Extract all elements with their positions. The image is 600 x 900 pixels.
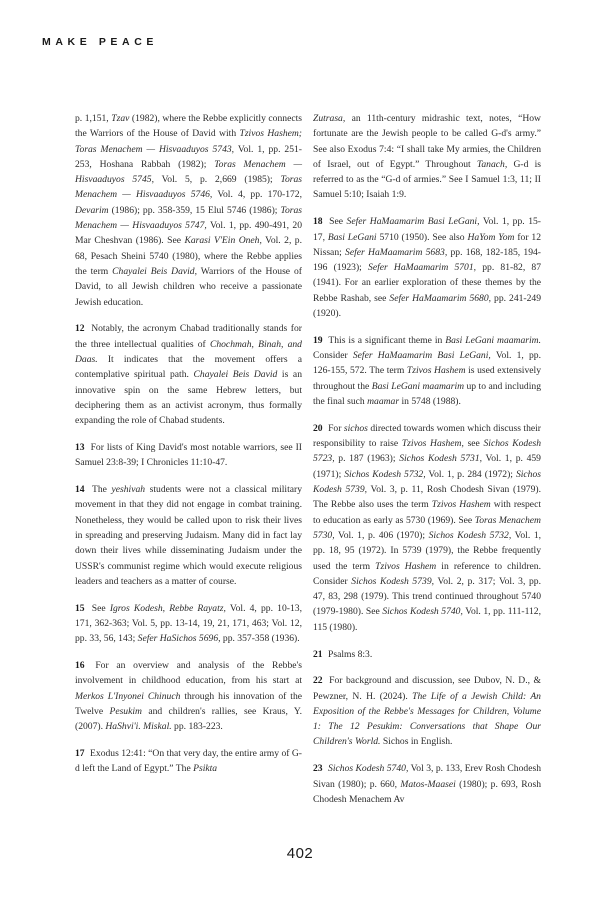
footnote-number: 12 bbox=[75, 323, 85, 334]
footnote-number: 17 bbox=[75, 748, 85, 759]
footnote-text: Vol. 5, p. 2,669 (1985); bbox=[154, 174, 281, 185]
italic-citation: Tzivos Hashem, bbox=[402, 438, 464, 449]
footnote-text: For lists of King David's most notable w… bbox=[75, 442, 302, 468]
footnote-12: 12 Notably, the acronym Chabad tradition… bbox=[75, 321, 302, 428]
footnote-15: 15 See Igros Kodesh, Rebbe Rayatz, Vol. … bbox=[75, 601, 302, 647]
footnote-21: 21 Psalms 8:3. bbox=[313, 647, 541, 662]
footnote-text: See bbox=[92, 603, 110, 614]
footnote-text: See bbox=[329, 216, 346, 227]
footnote-text: pp. 357-358 (1936). bbox=[221, 633, 300, 644]
italic-citation: Chayalei Beis David, bbox=[112, 266, 197, 277]
footnote-text: Consider bbox=[313, 350, 353, 361]
italic-citation: maamar bbox=[367, 396, 399, 407]
footnote-number: 18 bbox=[313, 216, 323, 227]
italic-citation: Tanach, bbox=[477, 159, 507, 170]
italic-citation: Sefer HaSichos 5696, bbox=[138, 633, 221, 644]
footnote-22: 22 For background and discussion, see Du… bbox=[313, 673, 541, 749]
italic-citation: Psikta bbox=[193, 763, 217, 774]
footnote-18: 18 See Sefer HaMaamarim Basi LeGani, Vol… bbox=[313, 214, 541, 321]
footnote-17: 17 Exodus 12:41: “On that very day, the … bbox=[75, 746, 302, 777]
footnote-text: This is a significant theme in bbox=[328, 335, 445, 346]
italic-citation: Tzav bbox=[111, 113, 129, 124]
italic-citation: Sichos Kodesh 5732, bbox=[429, 530, 512, 541]
footnote-text: For bbox=[328, 423, 344, 434]
footnote-19: 19 This is a significant theme in Basi L… bbox=[313, 333, 541, 409]
left-column: p. 1,151, Tzav (1982), where the Rebbe e… bbox=[75, 111, 302, 788]
italic-citation: Merkos L'Inyonei Chinuch bbox=[75, 691, 180, 702]
footnote-23: 23 Sichos Kodesh 5740, Vol 3, p. 133, Er… bbox=[313, 761, 541, 807]
footnote-text: The bbox=[92, 484, 112, 495]
footnote-continuation: p. 1,151, Tzav (1982), where the Rebbe e… bbox=[75, 111, 302, 310]
italic-citation: yeshivah bbox=[112, 484, 146, 495]
footnote-13: 13 For lists of King David's most notabl… bbox=[75, 440, 302, 471]
footnote-number: 16 bbox=[75, 660, 85, 671]
italic-citation: Sefer HaMaamarim 5683, bbox=[345, 247, 447, 258]
footnote-text: (1986); pp. 358-359, 15 Elul 5746 (1986)… bbox=[109, 205, 281, 216]
right-column: Zutrasa, an 11th-century midrashic text,… bbox=[313, 111, 541, 819]
italic-citation: Chayalei Beis David bbox=[194, 369, 278, 380]
italic-citation: Matos-Maasei bbox=[400, 779, 455, 790]
footnote-text: Exodus 12:41: “On that very day, the ent… bbox=[75, 748, 302, 774]
italic-citation: Sichos Kodesh 5739, bbox=[351, 576, 434, 587]
footnote-text: For an overview and analysis of the Rebb… bbox=[75, 660, 302, 686]
footnote-number: 23 bbox=[313, 763, 323, 774]
running-head: MAKE PEACE bbox=[42, 36, 158, 48]
italic-citation: Zutrasa, bbox=[313, 113, 345, 124]
italic-citation: Sefer HaMaamarim Basi LeGani, bbox=[347, 216, 480, 227]
footnote-text: p. 1,151, bbox=[75, 113, 111, 124]
italic-citation: Igros Kodesh, Rebbe Rayatz, bbox=[110, 603, 226, 614]
footnote-number: 13 bbox=[75, 442, 85, 453]
italic-citation: Basi LeGani maamarim bbox=[372, 381, 464, 392]
footnote-text: p. 187 (1963); bbox=[335, 453, 400, 464]
italic-citation: Pesukim bbox=[109, 706, 142, 717]
italic-citation: Karasi V'Ein Oneh, bbox=[184, 235, 261, 246]
italic-citation: HaYom Yom bbox=[467, 232, 514, 243]
footnote-text: Sichos in English. bbox=[380, 736, 452, 747]
footnote-number: 20 bbox=[313, 423, 323, 434]
footnote-text: Vol. 4, pp. 170-172, bbox=[212, 189, 302, 200]
footnote-number: 19 bbox=[313, 335, 323, 346]
italic-citation: Sefer HaMaamarim 5680, bbox=[389, 293, 491, 304]
italic-citation: HaShvi'i. Miskal. bbox=[105, 721, 171, 732]
footnote-14: 14 The yeshivah students were not a clas… bbox=[75, 482, 302, 589]
page-number: 402 bbox=[0, 845, 600, 862]
footnote-text: Vol. 1, p. 284 (1972); bbox=[426, 469, 516, 480]
italic-citation: Basi LeGani maamarim. bbox=[445, 335, 541, 346]
right-footnotes: 18 See Sefer HaMaamarim Basi LeGani, Vol… bbox=[313, 214, 541, 807]
footnote-continuation: Zutrasa, an 11th-century midrashic text,… bbox=[313, 111, 541, 203]
footnote-text: Vol. 1, p. 406 (1970); bbox=[335, 530, 429, 541]
footnote-number: 21 bbox=[313, 649, 323, 660]
italic-citation: Sichos Kodesh 5732, bbox=[344, 469, 425, 480]
italic-citation: Sichos Kodesh 5740, bbox=[382, 606, 463, 617]
footnote-text: Psalms 8:3. bbox=[328, 649, 372, 660]
italic-citation: Sefer HaMaamarim Basi LeGani, bbox=[353, 350, 491, 361]
italic-citation: Tzivos Hashem bbox=[407, 365, 466, 376]
footnote-16: 16 For an overview and analysis of the R… bbox=[75, 658, 302, 734]
italic-citation: Tzivos Hashem bbox=[432, 499, 491, 510]
italic-citation: Sichos Kodesh 5731, bbox=[399, 453, 482, 464]
left-footnotes: 12 Notably, the acronym Chabad tradition… bbox=[75, 321, 302, 776]
italic-citation: Tzivos Hashem bbox=[375, 561, 436, 572]
italic-citation: Devarim bbox=[75, 205, 109, 216]
italic-citation: Basi LeGani bbox=[328, 232, 377, 243]
footnote-number: 14 bbox=[75, 484, 85, 495]
footnote-text: see bbox=[464, 438, 484, 449]
footnote-number: 22 bbox=[313, 675, 323, 686]
italic-citation: sichos bbox=[344, 423, 368, 434]
footnote-text: students were not a classical military m… bbox=[75, 484, 302, 587]
footnote-number: 15 bbox=[75, 603, 85, 614]
footnote-20: 20 For sichos directed towards women whi… bbox=[313, 421, 541, 635]
italic-citation: Sichos Kodesh 5740, bbox=[328, 763, 408, 774]
footnote-text: in 5748 (1988). bbox=[399, 396, 461, 407]
italic-citation: Sefer HaMaamarim 5701, bbox=[368, 262, 476, 273]
footnote-text: pp. 183-223. bbox=[172, 721, 223, 732]
footnote-text: 5710 (1950). See also bbox=[377, 232, 468, 243]
